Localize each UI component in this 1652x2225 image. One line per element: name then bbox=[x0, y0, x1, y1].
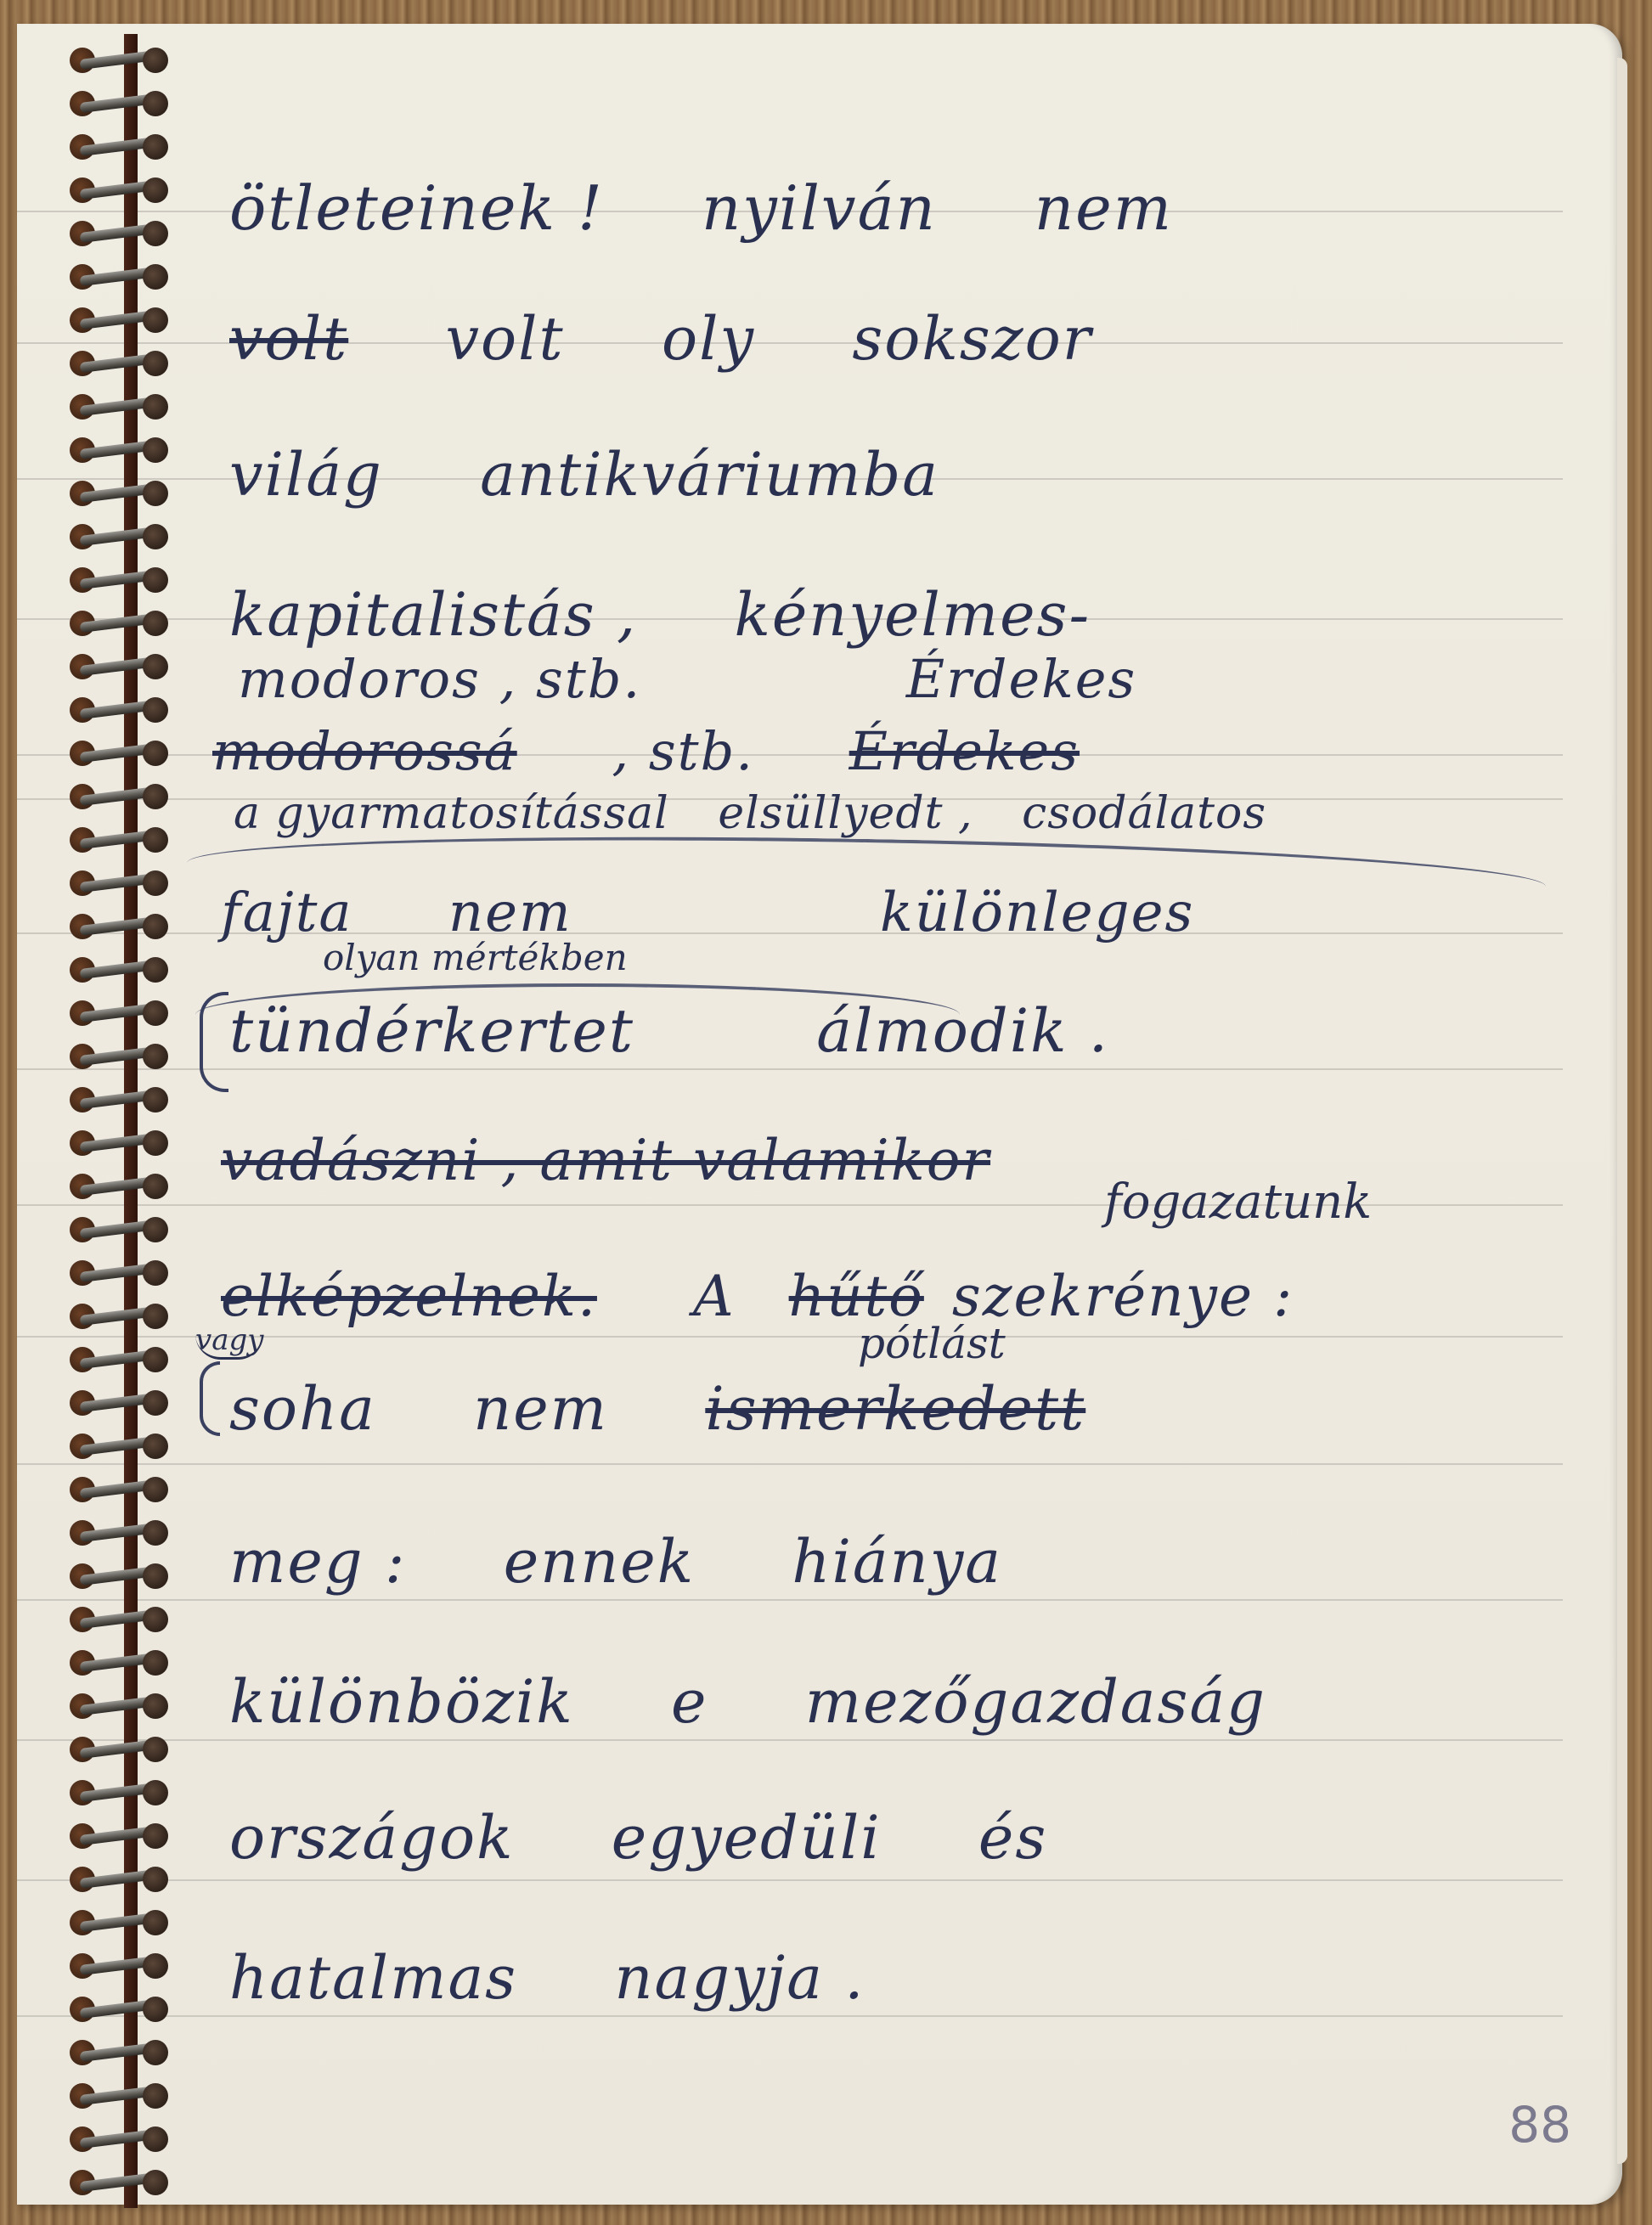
spiral-coil bbox=[51, 1428, 187, 1466]
spiral-coil bbox=[51, 476, 187, 513]
punch-hole bbox=[143, 741, 168, 766]
punch-hole bbox=[143, 1260, 168, 1286]
spiral-coil bbox=[51, 1991, 187, 2029]
spiral-coil bbox=[51, 216, 187, 253]
spiral-coil bbox=[51, 2078, 187, 2115]
punch-hole bbox=[143, 1477, 168, 1502]
punch-hole bbox=[143, 177, 168, 203]
punch-hole bbox=[143, 827, 168, 853]
handwritten-line-16: országok egyedüli és bbox=[229, 1803, 1124, 1873]
spiral-coil bbox=[51, 822, 187, 859]
punch-hole bbox=[143, 1650, 168, 1676]
punch-hole bbox=[143, 567, 168, 593]
struck-word: ismerkedett bbox=[705, 1374, 1085, 1444]
left-bracket bbox=[200, 992, 228, 1092]
spiral-coil bbox=[51, 1212, 187, 1249]
spiral-coil bbox=[51, 909, 187, 946]
handwritten-line-10: tündérkertet álmodik . bbox=[229, 996, 1186, 1066]
handwritten-line-7-inserted: a gyarmatosítással elsüllyedt , csodálat… bbox=[234, 788, 1300, 839]
punch-hole bbox=[143, 654, 168, 679]
spiral-coil bbox=[51, 1602, 187, 1639]
spiral-coil bbox=[51, 1515, 187, 1552]
punch-hole bbox=[143, 1087, 168, 1112]
handwritten-line-5: modoros , stb. Érdekes bbox=[238, 648, 1213, 710]
spiral-coil bbox=[51, 1558, 187, 1596]
spiral-coil bbox=[51, 1862, 187, 1899]
margin-note: vagy bbox=[195, 1323, 263, 1360]
handwritten-line-13: soha nem ismerkedett bbox=[229, 1374, 1162, 1444]
left-bracket bbox=[200, 1361, 220, 1436]
ruled-line bbox=[17, 1879, 1563, 1881]
punch-hole bbox=[143, 784, 168, 809]
handwritten-line-17: hatalmas nagyja . bbox=[229, 1943, 942, 2013]
spiral-coil bbox=[51, 1775, 187, 1812]
punch-hole bbox=[143, 2126, 168, 2152]
spiral-coil bbox=[51, 519, 187, 556]
spiral-coil bbox=[51, 1732, 187, 1769]
spiral-coil bbox=[51, 86, 187, 123]
spiral-coil bbox=[51, 2035, 187, 2072]
spiral-coil bbox=[51, 2165, 187, 2202]
punch-hole bbox=[143, 1910, 168, 1935]
spiral-coil bbox=[51, 562, 187, 600]
spiral-coil bbox=[51, 1298, 187, 1336]
page-number: 88 bbox=[1508, 2096, 1571, 2154]
punch-hole bbox=[143, 1044, 168, 1069]
punch-hole bbox=[143, 1174, 168, 1199]
struck-word: volt bbox=[229, 304, 348, 374]
spiral-coil bbox=[51, 389, 187, 426]
punch-hole bbox=[143, 1563, 168, 1589]
struck-word: elképzelnek. bbox=[221, 1264, 597, 1329]
spiral-coil bbox=[51, 995, 187, 1033]
punch-hole bbox=[143, 611, 168, 636]
punch-hole bbox=[143, 351, 168, 376]
inserted-word: pótlást bbox=[858, 1319, 1006, 1368]
spiral-coil bbox=[51, 346, 187, 383]
punch-hole bbox=[143, 134, 168, 160]
punch-hole bbox=[143, 1304, 168, 1329]
punch-hole bbox=[143, 1390, 168, 1416]
punch-hole bbox=[143, 914, 168, 939]
handwritten-line-12: elképzelnek. A hűtő szekrénye : bbox=[221, 1264, 1370, 1329]
punch-hole bbox=[143, 264, 168, 290]
punch-hole bbox=[143, 48, 168, 73]
punch-hole bbox=[143, 1434, 168, 1459]
punch-hole bbox=[143, 1780, 168, 1805]
punch-hole bbox=[143, 1217, 168, 1242]
spiral-coil bbox=[51, 1948, 187, 1986]
punch-hole bbox=[143, 481, 168, 506]
ruled-line bbox=[17, 2015, 1563, 2017]
handwritten-line-2: volt volt oly sokszor bbox=[229, 304, 1169, 374]
spiral-coil bbox=[51, 779, 187, 816]
punch-hole bbox=[143, 2170, 168, 2195]
struck-word: vadászni , amit valamikor bbox=[221, 1128, 990, 1193]
punch-hole bbox=[143, 1953, 168, 1979]
spiral-coil bbox=[51, 1169, 187, 1206]
spiral-coil bbox=[51, 606, 187, 643]
punch-hole bbox=[143, 1607, 168, 1632]
struck-word: modorossá bbox=[212, 720, 517, 782]
handwritten-line-6: modorossá , stb. Érdekes bbox=[212, 720, 1156, 782]
handwritten-line-8: fajta nem különleges bbox=[221, 882, 1271, 944]
handwritten-line-3: világ antikváriumba bbox=[229, 440, 1016, 510]
notebook-page: ötleteinek ! nyilván nem volt volt oly s… bbox=[17, 24, 1622, 2205]
punch-hole bbox=[143, 1997, 168, 2022]
handwritten-line-14: meg : ennek hiánya bbox=[229, 1527, 1079, 1597]
spiral-coil bbox=[51, 952, 187, 989]
punch-hole bbox=[143, 1693, 168, 1719]
ruled-line bbox=[17, 1739, 1563, 1741]
punch-hole bbox=[143, 1130, 168, 1156]
spiral-coil bbox=[51, 1342, 187, 1379]
spiral-coil bbox=[51, 1255, 187, 1293]
punch-hole bbox=[143, 91, 168, 116]
spiral-coil bbox=[51, 172, 187, 210]
spiral-coil bbox=[51, 1645, 187, 1682]
spiral-coil bbox=[51, 1082, 187, 1119]
spiral-coil bbox=[51, 1125, 187, 1163]
punch-hole bbox=[143, 1867, 168, 1892]
punch-hole bbox=[143, 1823, 168, 1849]
handwritten-line-11: vadászni , amit valamikor bbox=[221, 1128, 1067, 1193]
handwritten-line-1: ötleteinek ! nyilván nem bbox=[229, 172, 1249, 244]
punch-hole bbox=[143, 307, 168, 333]
struck-word: Érdekes bbox=[849, 720, 1080, 782]
punch-hole bbox=[143, 870, 168, 896]
spiral-coil bbox=[51, 692, 187, 729]
spiral-coil bbox=[51, 735, 187, 773]
handwritten-line-4: kapitalistás , kényelmes- bbox=[229, 580, 1167, 650]
ruled-line bbox=[17, 1068, 1563, 1070]
punch-hole bbox=[143, 221, 168, 246]
spiral-coil bbox=[51, 1385, 187, 1422]
punch-hole bbox=[143, 2040, 168, 2065]
punch-hole bbox=[143, 1347, 168, 1372]
inserted-word: fogazatunk bbox=[1104, 1174, 1372, 1230]
spiral-coil bbox=[51, 1818, 187, 1856]
punch-hole bbox=[143, 437, 168, 463]
ruled-line bbox=[17, 1463, 1563, 1465]
punch-hole bbox=[143, 1520, 168, 1546]
spiral-coil bbox=[51, 1688, 187, 1726]
spiral-coil bbox=[51, 649, 187, 686]
punch-hole bbox=[143, 957, 168, 983]
spiral-coil bbox=[51, 1905, 187, 1942]
spiral-coil bbox=[51, 1472, 187, 1509]
spiral-coil bbox=[51, 302, 187, 340]
punch-hole bbox=[143, 524, 168, 549]
inserted-phrase: olyan mértékben bbox=[323, 937, 628, 978]
spiral-coil bbox=[51, 42, 187, 80]
spiral-coil bbox=[51, 259, 187, 296]
handwritten-line-15: különbözik e mezőgazdaság bbox=[229, 1667, 1343, 1737]
page-edge bbox=[1617, 58, 1627, 2164]
punch-hole bbox=[143, 394, 168, 420]
spiral-coil bbox=[51, 865, 187, 903]
punch-hole bbox=[143, 1737, 168, 1762]
spiral-coil bbox=[51, 129, 187, 166]
spiral-binding bbox=[51, 34, 187, 2208]
punch-hole bbox=[143, 1000, 168, 1026]
spiral-coil bbox=[51, 2121, 187, 2159]
punch-hole bbox=[143, 697, 168, 723]
punch-hole bbox=[143, 2083, 168, 2109]
spiral-coil bbox=[51, 1039, 187, 1076]
ruled-line bbox=[17, 1599, 1563, 1601]
spiral-coil bbox=[51, 432, 187, 470]
